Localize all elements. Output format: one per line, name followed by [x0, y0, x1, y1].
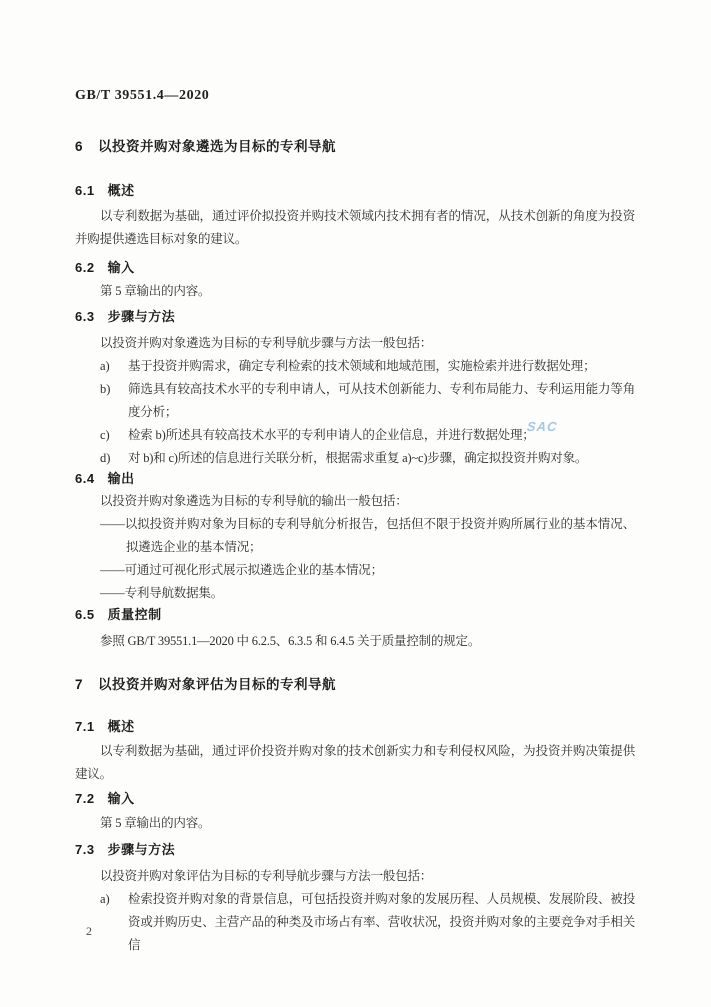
section-7-3-intro: 以投资并购对象评估为目标的专利导航步骤与方法一般包括： — [75, 865, 635, 888]
dash-item: ——以拟投资并购对象为目标的专利导航分析报告，包括但不限于投资并购所属行业的基本… — [100, 513, 635, 559]
chapter-7-number: 7 — [75, 677, 83, 692]
dash-item: ——可通过可视化形式展示拟遴选企业的基本情况； — [100, 559, 635, 582]
sac-logo-watermark: SAC — [526, 419, 558, 434]
section-6-4-title: 输出 — [108, 471, 135, 486]
page-content: 6以投资并购对象遴选为目标的专利导航 6.1概述 以专利数据为基础，通过评价拟投… — [75, 0, 635, 957]
chapter-7-title: 以投资并购对象评估为目标的专利导航 — [98, 677, 336, 692]
section-6-2-title: 输入 — [108, 260, 135, 275]
section-6-2-number: 6.2 — [75, 260, 95, 275]
section-6-3-list: a) 基于投资并购需求，确定专利检索的技术领域和地域范围，实施检索并进行数据处理… — [75, 355, 635, 470]
section-6-4-heading: 6.4输出 — [75, 471, 635, 487]
section-6-4-intro: 以投资并购对象遴选为目标的专利导航的输出一般包括： — [75, 490, 635, 513]
section-7-3-title: 步骤与方法 — [108, 842, 176, 857]
section-6-3-title: 步骤与方法 — [108, 309, 176, 324]
section-6-4-number: 6.4 — [75, 471, 95, 486]
section-6-5-heading: 6.5质量控制 — [75, 607, 635, 623]
section-7-3-number: 7.3 — [75, 842, 95, 857]
section-6-1-paragraph: 以专利数据为基础，通过评价拟投资并购技术领域内技术拥有者的情况，从技术创新的角度… — [75, 205, 635, 251]
section-7-1-title: 概述 — [108, 719, 135, 734]
list-item-d: d) 对 b)和 c)所述的信息进行关联分析，根据需求重复 a)~c)步骤，确定… — [100, 447, 635, 470]
section-7-3-list: a) 检索投资并购对象的背景信息，可包括投资并购对象的发展历程、人员规模、发展阶… — [75, 888, 635, 957]
section-6-3-heading: 6.3步骤与方法 — [75, 309, 635, 325]
section-6-1-title: 概述 — [108, 183, 135, 198]
list-item-text: 检索 b)所述具有较高技术水平的专利申请人的企业信息，并进行数据处理； — [128, 424, 635, 447]
section-7-1-number: 7.1 — [75, 719, 95, 734]
section-7-2-number: 7.2 — [75, 791, 95, 806]
chapter-6-heading: 6以投资并购对象遴选为目标的专利导航 — [75, 139, 635, 155]
section-6-4-list: ——以拟投资并购对象为目标的专利导航分析报告，包括但不限于投资并购所属行业的基本… — [75, 513, 635, 605]
section-6-1-heading: 6.1概述 — [75, 183, 635, 199]
section-6-3-intro: 以投资并购对象遴选为目标的专利导航步骤与方法一般包括： — [75, 332, 635, 355]
list-item-text: 筛选具有较高技术水平的专利申请人，可从技术创新能力、专利布局能力、专利运用能力等… — [128, 378, 635, 424]
dash-item: ——专利导航数据集。 — [100, 582, 635, 605]
section-7-3-heading: 7.3步骤与方法 — [75, 842, 635, 858]
list-item-b: b) 筛选具有较高技术水平的专利申请人，可从技术创新能力、专利布局能力、专利运用… — [100, 378, 635, 424]
list-item-label: d) — [100, 447, 128, 470]
list-item-a: a) 检索投资并购对象的背景信息，可包括投资并购对象的发展历程、人员规模、发展阶… — [100, 888, 635, 957]
section-7-2-paragraph: 第 5 章输出的内容。 — [75, 812, 635, 835]
page-number: 2 — [86, 923, 92, 939]
list-item-text: 对 b)和 c)所述的信息进行关联分析，根据需求重复 a)~c)步骤，确定拟投资… — [128, 447, 635, 470]
section-7-2-title: 输入 — [108, 791, 135, 806]
section-7-1-heading: 7.1概述 — [75, 719, 635, 735]
section-6-2-heading: 6.2输入 — [75, 260, 635, 276]
list-item-text: 基于投资并购需求，确定专利检索的技术领域和地域范围，实施检索并进行数据处理； — [128, 355, 635, 378]
section-7-1-paragraph: 以专利数据为基础，通过评价投资并购对象的技术创新实力和专利侵权风险，为投资并购决… — [75, 740, 635, 786]
section-6-5-paragraph: 参照 GB/T 39551.1—2020 中 6.2.5、6.3.5 和 6.4… — [75, 630, 635, 653]
section-6-2-paragraph: 第 5 章输出的内容。 — [75, 280, 635, 303]
chapter-7-heading: 7以投资并购对象评估为目标的专利导航 — [75, 677, 635, 693]
list-item-label: a) — [100, 355, 128, 378]
list-item-label: c) — [100, 424, 128, 447]
section-6-3-number: 6.3 — [75, 309, 95, 324]
list-item-text: 检索投资并购对象的背景信息，可包括投资并购对象的发展历程、人员规模、发展阶段、被… — [128, 888, 635, 957]
section-6-5-title: 质量控制 — [108, 607, 162, 622]
chapter-6-number: 6 — [75, 139, 83, 154]
section-6-5-number: 6.5 — [75, 607, 95, 622]
document-page: GB/T 39551.4—2020 6以投资并购对象遴选为目标的专利导航 6.1… — [0, 0, 711, 1007]
chapter-6-title: 以投资并购对象遴选为目标的专利导航 — [98, 139, 336, 154]
section-7-2-heading: 7.2输入 — [75, 791, 635, 807]
list-item-label: b) — [100, 378, 128, 424]
section-6-1-number: 6.1 — [75, 183, 95, 198]
list-item-a: a) 基于投资并购需求，确定专利检索的技术领域和地域范围，实施检索并进行数据处理… — [100, 355, 635, 378]
list-item-label: a) — [100, 888, 128, 957]
